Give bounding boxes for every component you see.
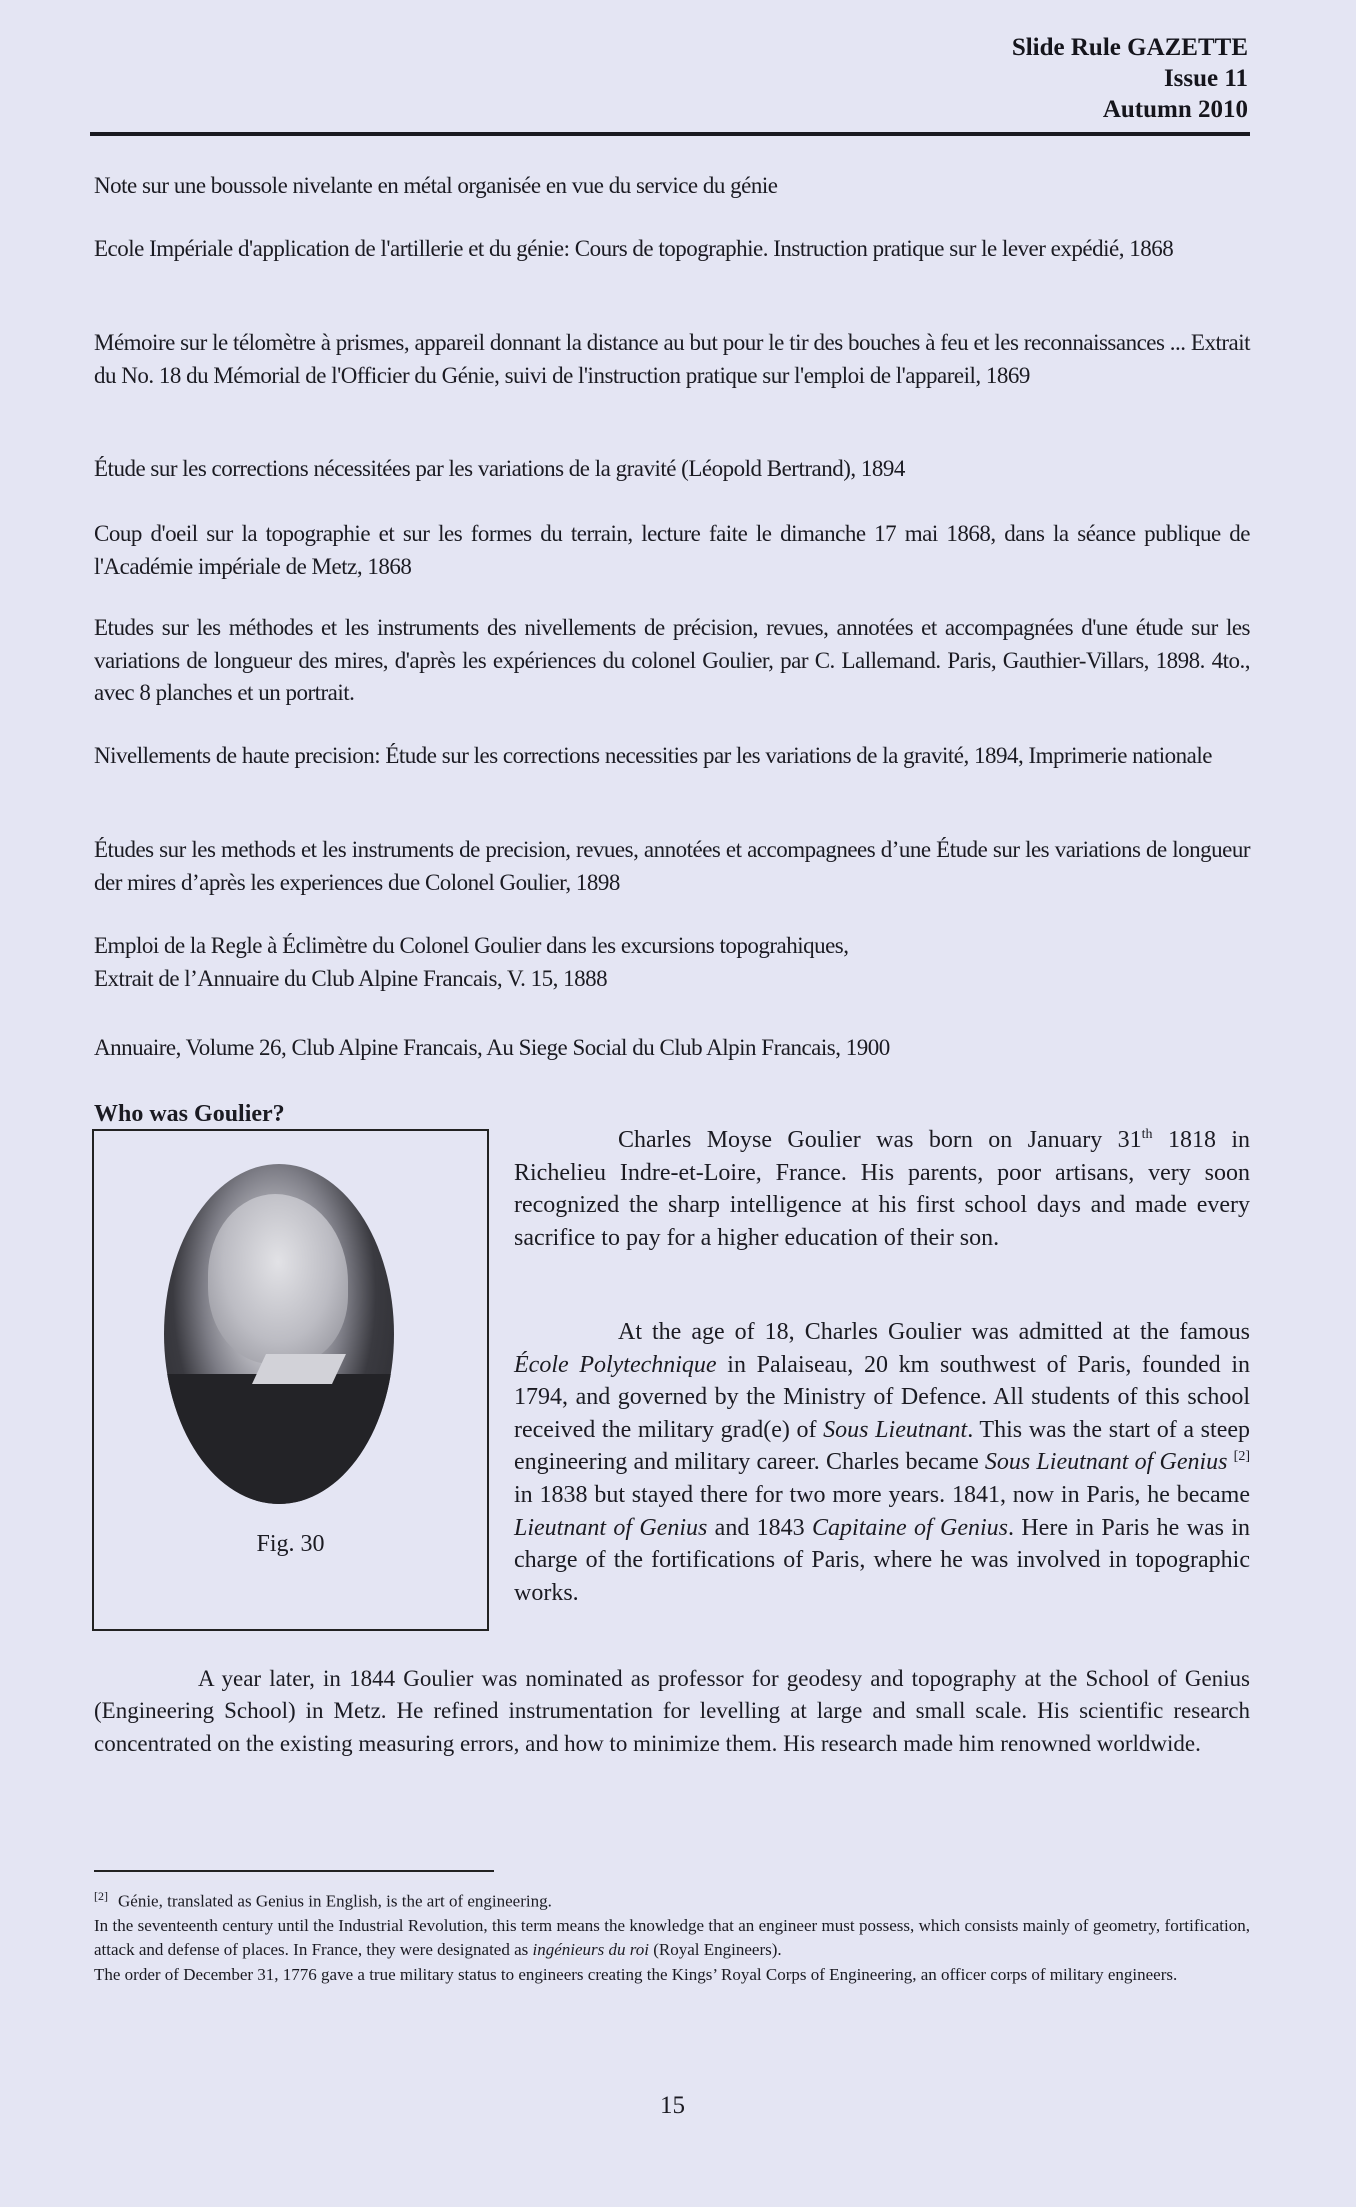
bio-paragraph-2: At the age of 18, Charles Goulier was ad… <box>514 1316 1250 1609</box>
bio-paragraph-1: Charles Moyse Goulier was born on Januar… <box>514 1124 1250 1254</box>
reference-item: Note sur une boussole nivelante en métal… <box>94 170 1250 203</box>
reference-item: Études sur les methods et les instrument… <box>94 834 1250 899</box>
reference-item: Annuaire, Volume 26, Club Alpine Francai… <box>94 1032 1250 1065</box>
bio-text: in 1838 but stayed there for two more ye… <box>514 1482 1250 1508</box>
italic-term: Sous Lieutnant <box>823 1417 967 1443</box>
reference-item: Mémoire sur le télomètre à prismes, appa… <box>94 327 1250 392</box>
section-heading: Who was Goulier? <box>94 1101 285 1128</box>
bio-paragraph-3: A year later, in 1844 Goulier was nomina… <box>94 1663 1250 1760</box>
portrait-coat <box>164 1374 394 1504</box>
footnote-text: The order of December 31, 1776 gave a tr… <box>94 1963 1250 1987</box>
reference-line: Emploi de la Regle à Éclimètre du Colone… <box>94 930 1250 963</box>
footnote-text: Génie, translated as Genius in English, … <box>118 1892 552 1911</box>
reference-item: Étude sur les corrections nécessitées pa… <box>94 453 1250 486</box>
footnote-marker: [2] <box>94 1889 108 1903</box>
reference-item: Etudes sur les méthodes et les instrumen… <box>94 612 1250 710</box>
italic-term: ingénieurs du roi <box>533 1940 649 1959</box>
figure-frame: Fig. 30 <box>92 1129 489 1631</box>
document-page: Slide Rule GAZETTE Issue 11 Autumn 2010 … <box>0 0 1356 2207</box>
italic-term: Sous Lieutnant of Genius <box>985 1449 1228 1475</box>
reference-line: Extrait de l’Annuaire du Club Alpine Fra… <box>94 963 1250 996</box>
issue-season: Autumn 2010 <box>1012 94 1248 125</box>
italic-term: Lieutnant of Genius <box>514 1515 707 1541</box>
italic-term: Capitaine of Genius <box>812 1515 1008 1541</box>
portrait-head <box>208 1194 348 1364</box>
page-number: 15 <box>660 2092 685 2120</box>
footnote: [2]Génie, translated as Genius in Englis… <box>94 1884 1250 1987</box>
figure-caption: Fig. 30 <box>94 1531 487 1558</box>
publication-title: Slide Rule GAZETTE <box>1012 32 1248 63</box>
portrait-collar <box>252 1354 346 1384</box>
bio-text: Charles Moyse Goulier was born on Januar… <box>618 1127 1142 1153</box>
bio-text: At the age of 18, Charles Goulier was ad… <box>618 1319 1250 1345</box>
superscript: th <box>1142 1127 1153 1142</box>
reference-item: Emploi de la Regle à Éclimètre du Colone… <box>94 930 1250 995</box>
reference-item: Coup d'oeil sur la topographie et sur le… <box>94 518 1250 583</box>
masthead: Slide Rule GAZETTE Issue 11 Autumn 2010 <box>1012 32 1248 125</box>
issue-number: Issue 11 <box>1012 63 1248 94</box>
portrait-image <box>164 1164 394 1504</box>
reference-item: Ecole Impériale d'application de l'artil… <box>94 233 1250 266</box>
footnote-divider <box>94 1870 494 1872</box>
bio-text: and 1843 <box>707 1515 812 1541</box>
italic-term: École Polytechnique <box>514 1352 717 1378</box>
footnote-reference[interactable]: [2] <box>1234 1449 1250 1464</box>
masthead-divider <box>90 132 1250 136</box>
footnote-text: (Royal Engineers). <box>649 1940 782 1959</box>
reference-item: Nivellements de haute precision: Étude s… <box>94 740 1250 773</box>
